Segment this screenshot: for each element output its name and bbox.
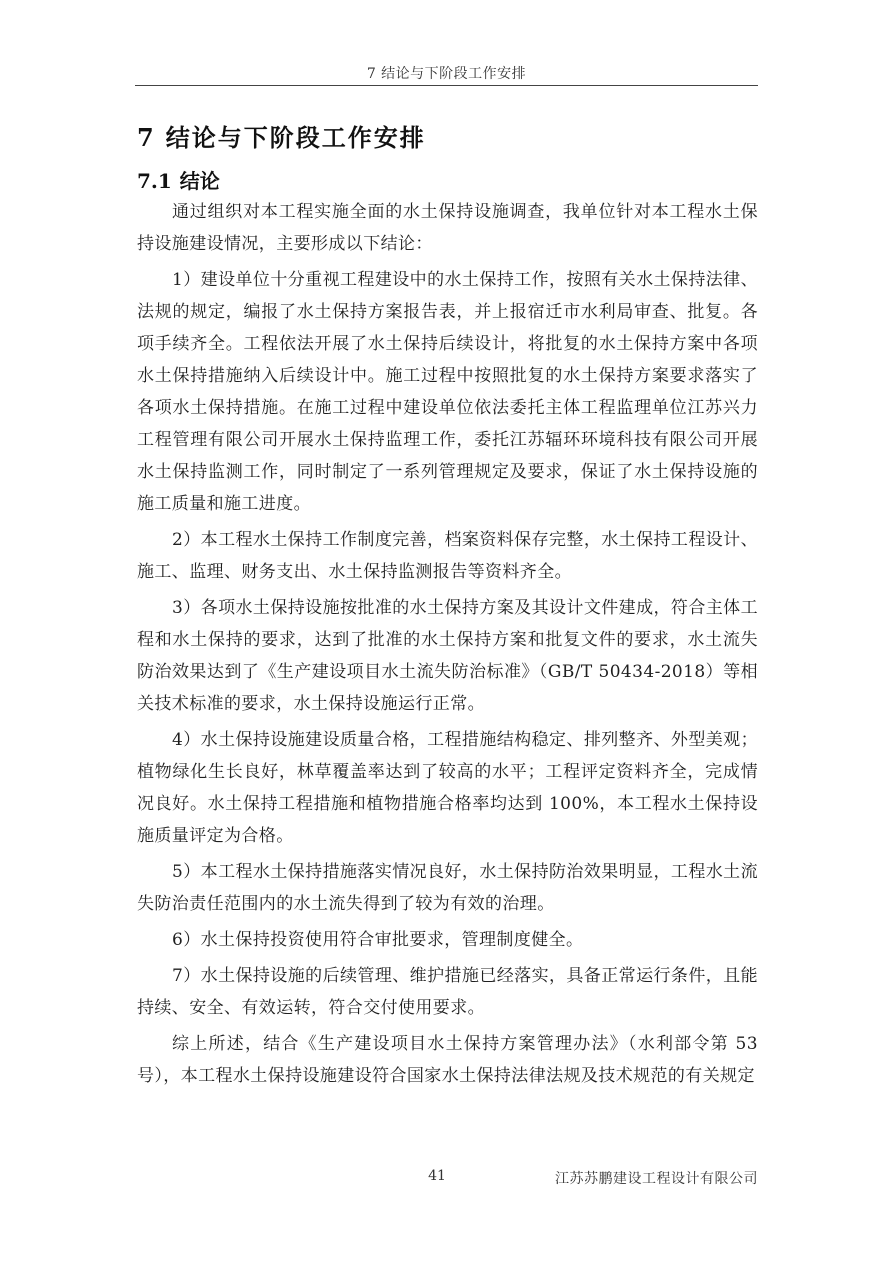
page-number: 41 [420, 1168, 454, 1184]
footer-company-name: 江苏苏鹏建设工程设计有限公司 [555, 1168, 758, 1188]
section-title: 7.1结论 [137, 166, 758, 196]
section-title-text: 结论 [180, 169, 220, 193]
chapter-title-text: 结论与下阶段工作安排 [166, 123, 426, 152]
paragraph-conclusion-7: 7）水土保持设施的后续管理、维护措施已经落实，具备正常运行条件，且能持续、安全、… [137, 960, 758, 1024]
paragraph-conclusion-6: 6）水土保持投资使用符合审批要求，管理制度健全。 [137, 924, 758, 956]
paragraph-intro: 通过组织对本工程实施全面的水土保持设施调查，我单位针对本工程水土保持设施建设情况… [137, 196, 758, 260]
paragraph-summary: 综上所述，结合《生产建设项目水土保持方案管理办法》（水利部令第 53 号），本工… [137, 1028, 758, 1092]
paragraph-conclusion-3: 3）各项水土保持设施按批准的水土保持方案及其设计文件建成，符合主体工程和水土保持… [137, 592, 758, 720]
chapter-title: 7结论与下阶段工作安排 [137, 120, 758, 156]
paragraph-conclusion-2: 2）本工程水土保持工作制度完善，档案资料保存完整，水土保持工程设计、施工、监理、… [137, 524, 758, 588]
header-rule [135, 85, 758, 86]
page-content: 7结论与下阶段工作安排 7.1结论 通过组织对本工程实施全面的水土保持设施调查，… [137, 120, 758, 1092]
paragraph-conclusion-4: 4）水土保持设施建设质量合格，工程措施结构稳定、排列整齐、外型美观；植物绿化生长… [137, 724, 758, 852]
paragraph-conclusion-1: 1）建设单位十分重视工程建设中的水土保持工作，按照有关水土保持法律、法规的规定，… [137, 264, 758, 520]
chapter-number: 7 [137, 123, 156, 152]
document-page: 7 结论与下阶段工作安排 7结论与下阶段工作安排 7.1结论 通过组织对本工程实… [0, 0, 892, 1263]
section-number: 7.1 [137, 169, 172, 193]
running-header: 7 结论与下阶段工作安排 [135, 63, 758, 83]
paragraph-conclusion-5: 5）本工程水土保持措施落实情况良好，水土保持防治效果明显，工程水土流失防治责任范… [137, 856, 758, 920]
